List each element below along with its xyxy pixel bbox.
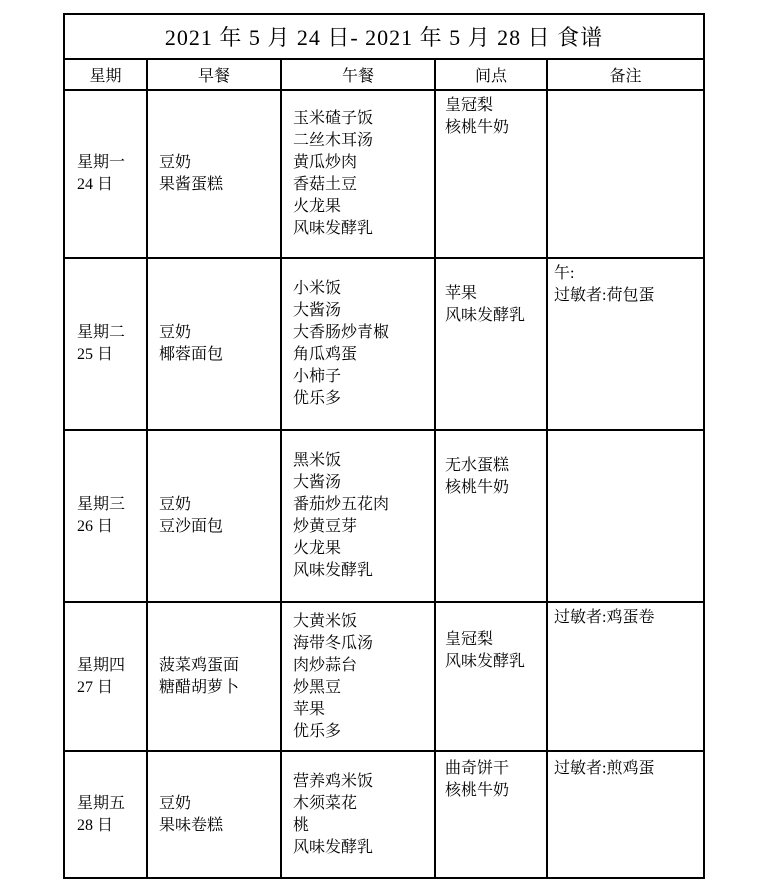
menu-row-monday: 星期一 24 日 豆奶 果酱蛋糕 玉米碴子饭 二丝木耳汤 黄瓜炒肉 香菇土豆 火… [64, 90, 704, 258]
menu-row-wednesday: 星期三 26 日 豆奶 豆沙面包 黑米饭 大酱汤 番茄炒五花肉 炒黄豆芽 火龙果… [64, 430, 704, 602]
cell-monday-lunch: 玉米碴子饭 二丝木耳汤 黄瓜炒肉 香菇土豆 火龙果 风味发酵乳 [281, 90, 435, 258]
cell-monday-breakfast: 豆奶 果酱蛋糕 [147, 90, 281, 258]
cell-wednesday-day: 星期三 26 日 [64, 430, 147, 602]
cell-friday-lunch: 营养鸡米饭 木须菜花 桃 风味发酵乳 [281, 751, 435, 878]
column-header-notes: 备注 [547, 59, 704, 90]
cell-thursday-notes: 过敏者:鸡蛋卷 [547, 602, 704, 751]
document-page: 2021 年 5 月 24 日- 2021 年 5 月 28 日 食谱 星期 早… [0, 0, 768, 884]
cell-thursday-breakfast: 菠菜鸡蛋面 糖醋胡萝卜 [147, 602, 281, 751]
cell-friday-snack: 曲奇饼干 核桃牛奶 [435, 751, 547, 878]
menu-row-thursday: 星期四 27 日 菠菜鸡蛋面 糖醋胡萝卜 大黄米饭 海带冬瓜汤 肉炒蒜台 炒黑豆… [64, 602, 704, 751]
menu-row-tuesday: 星期二 25 日 豆奶 椰蓉面包 小米饭 大酱汤 大香肠炒青椒 角瓜鸡蛋 小柿子… [64, 258, 704, 430]
cell-tuesday-lunch: 小米饭 大酱汤 大香肠炒青椒 角瓜鸡蛋 小柿子 优乐多 [281, 258, 435, 430]
menu-table: 2021 年 5 月 24 日- 2021 年 5 月 28 日 食谱 星期 早… [63, 13, 705, 879]
cell-monday-day: 星期一 24 日 [64, 90, 147, 258]
page-title: 2021 年 5 月 24 日- 2021 年 5 月 28 日 食谱 [64, 14, 704, 59]
column-header-breakfast: 早餐 [147, 59, 281, 90]
cell-thursday-lunch: 大黄米饭 海带冬瓜汤 肉炒蒜台 炒黑豆 苹果 优乐多 [281, 602, 435, 751]
cell-friday-breakfast: 豆奶 果味卷糕 [147, 751, 281, 878]
column-header-day: 星期 [64, 59, 147, 90]
cell-thursday-day: 星期四 27 日 [64, 602, 147, 751]
cell-wednesday-snack: 无水蛋糕 核桃牛奶 [435, 430, 547, 602]
cell-friday-day: 星期五 28 日 [64, 751, 147, 878]
cell-wednesday-breakfast: 豆奶 豆沙面包 [147, 430, 281, 602]
column-header-lunch: 午餐 [281, 59, 435, 90]
cell-tuesday-snack: 苹果 风味发酵乳 [435, 258, 547, 430]
cell-tuesday-day: 星期二 25 日 [64, 258, 147, 430]
cell-wednesday-notes [547, 430, 704, 602]
cell-friday-notes: 过敏者:煎鸡蛋 [547, 751, 704, 878]
cell-thursday-snack: 皇冠梨 风味发酵乳 [435, 602, 547, 751]
cell-tuesday-breakfast: 豆奶 椰蓉面包 [147, 258, 281, 430]
cell-tuesday-notes: 午: 过敏者:荷包蛋 [547, 258, 704, 430]
cell-monday-notes [547, 90, 704, 258]
cell-wednesday-lunch: 黑米饭 大酱汤 番茄炒五花肉 炒黄豆芽 火龙果 风味发酵乳 [281, 430, 435, 602]
column-header-snack: 间点 [435, 59, 547, 90]
header-row: 星期 早餐 午餐 间点 备注 [64, 59, 704, 90]
title-row: 2021 年 5 月 24 日- 2021 年 5 月 28 日 食谱 [64, 14, 704, 59]
cell-monday-snack: 皇冠梨 核桃牛奶 [435, 90, 547, 258]
menu-row-friday: 星期五 28 日 豆奶 果味卷糕 营养鸡米饭 木须菜花 桃 风味发酵乳 曲奇饼干… [64, 751, 704, 878]
